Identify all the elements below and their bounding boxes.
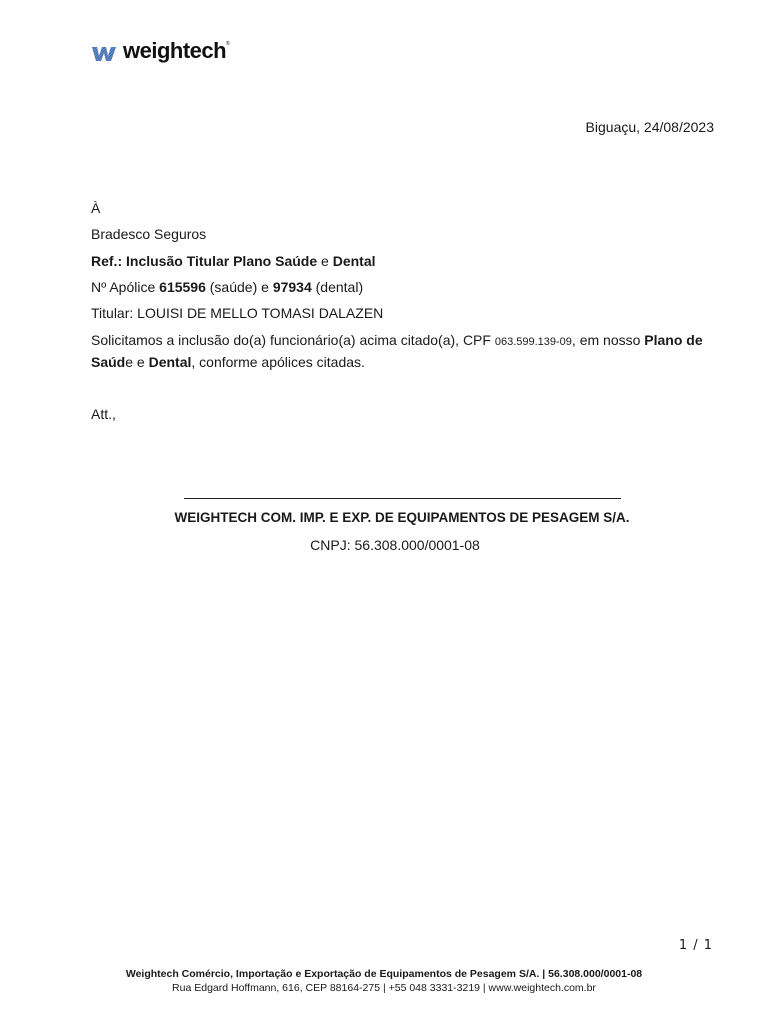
body-text-3: e e	[125, 354, 148, 370]
body-text-2: , em nosso	[572, 332, 644, 348]
weightech-logo-icon	[92, 47, 116, 61]
footer-address-line: Rua Edgard Hoffmann, 616, CEP 88164-275 …	[0, 982, 768, 994]
dental-policy-number: 97934	[273, 279, 312, 295]
salutation: À	[91, 198, 100, 218]
recipient: Bradesco Seguros	[91, 224, 206, 244]
dental-policy-label: (dental)	[312, 279, 363, 295]
body-bold-dental: Dental	[149, 354, 192, 370]
request-paragraph: Solicitamos a inclusão do(a) funcionário…	[91, 330, 716, 372]
policy-label: Nº Apólice	[91, 279, 159, 295]
footer-company-line: Weightech Comércio, Importação e Exporta…	[0, 968, 768, 980]
page-number: 1 / 1	[679, 938, 713, 953]
holder-line: Titular: LOUISI DE MELLO TOMASI DALAZEN	[91, 303, 383, 323]
cpf-number: 063.599.139-09	[495, 336, 572, 348]
reference-joiner: e	[317, 253, 333, 269]
signature-cnpj: CNPJ: 56.308.000/0001-08	[0, 537, 768, 553]
reference-suffix: Dental	[333, 253, 376, 269]
company-logo: weightech®	[92, 38, 226, 64]
body-text-1: Solicitamos a inclusão do(a) funcionário…	[91, 332, 495, 348]
logo-wordmark-text: weightech	[123, 38, 226, 63]
signature-line	[184, 498, 621, 499]
registered-mark: ®	[226, 41, 229, 47]
body-text-4: , conforme apólices citadas.	[191, 354, 365, 370]
health-policy-label: (saúde) e	[206, 279, 273, 295]
health-policy-number: 615596	[159, 279, 206, 295]
reference-line: Ref.: Inclusão Titular Plano Saúde e Den…	[91, 251, 376, 271]
signature-company: WEIGHTECH COM. IMP. E EXP. DE EQUIPAMENT…	[0, 510, 768, 525]
reference-prefix: Ref.: Inclusão Titular Plano Saúde	[91, 253, 317, 269]
place-date: Biguaçu, 24/08/2023	[586, 119, 714, 135]
closing: Att.,	[91, 404, 116, 424]
logo-wordmark: weightech®	[123, 38, 226, 64]
policy-line: Nº Apólice 615596 (saúde) e 97934 (denta…	[91, 277, 363, 297]
